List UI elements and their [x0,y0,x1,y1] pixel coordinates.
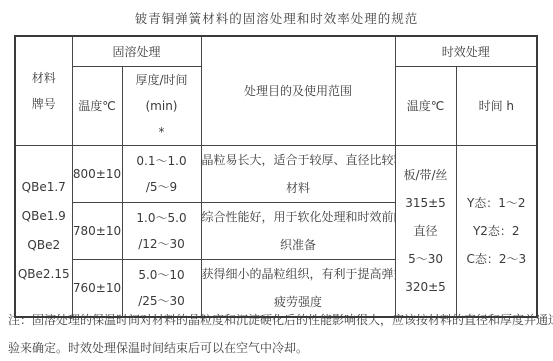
header-group-row: 材料 牌号 固溶处理 处理目的及使用范围 时效处理 [15,36,537,66]
page-title: 铍青铜弹簧材料的固溶处理和时效率处理的规范 [0,9,553,27]
thickness-time-cell: 1.0～5.0 /12～30 [122,202,201,259]
header-aging-group: 时效处理 [395,36,537,66]
aging-temp-cell: 板/带/丝 315±5 直径 5～30 320±5 [395,145,456,317]
material-grade: QBe1.9 [16,202,72,231]
aging-time-line: C态：2～3 [457,245,537,273]
header-thickness-line1: 厚度/时间(min) [123,67,201,119]
footnote: 注：固溶处理的保温时间对材料的晶粒度和沉淀硬化后的性能影响很大，应该按材料的直径… [8,306,548,361]
header-solution-group: 固溶处理 [72,36,201,66]
header-material-line1: 材料 [16,65,72,91]
aging-temp-line: 直径 [396,217,456,245]
header-thickness-line2: * [123,119,201,145]
material-grade: QBe1.7 [16,173,72,202]
header-material-cell: 材料 牌号 [15,36,72,145]
thickness-time-cell: 0.1～1.0 /5～9 [122,145,201,202]
aging-temp-line: 5～30 [396,245,456,273]
thickness-time-line1: 5.0～10 [123,262,201,288]
material-grade: QBe2.15 [16,260,72,289]
aging-time-cell: Y态：1～2 Y2态：2 C态：2～3 [456,145,537,317]
header-material-line2: 牌号 [16,91,72,117]
aging-temp-line: 板/带/丝 [396,161,456,189]
header-purpose: 处理目的及使用范围 [201,36,395,145]
material-grades-cell: QBe1.7 QBe1.9 QBe2 QBe2.15 [15,145,72,317]
aging-temp-line: 320±5 [396,273,456,301]
solution-temp-cell: 780±10 [72,202,122,259]
solution-temp-cell: 800±10 [72,145,122,202]
table-row: QBe1.7 QBe1.9 QBe2 QBe2.15 800±10 0.1～1.… [15,145,537,202]
thickness-time-line1: 0.1～1.0 [123,148,201,174]
purpose-line2: 织准备 [202,231,395,259]
header-aging-time: 时间 h [456,66,537,145]
purpose-line1: 晶粒易长大，适合于较厚、直径比较粗的 [202,146,395,174]
purpose-line2: 材料 [202,174,395,202]
thickness-time-line1: 1.0～5.0 [123,205,201,231]
header-aging-temp: 温度℃ [395,66,456,145]
page: 铍青铜弹簧材料的固溶处理和时效率处理的规范 材料 牌号 固溶处理 处理目的及使用… [0,0,553,361]
aging-time-line: Y态：1～2 [457,189,537,217]
header-thickness-time: 厚度/时间(min) * [122,66,201,145]
spec-table: 材料 牌号 固溶处理 处理目的及使用范围 时效处理 温度℃ 厚度/时间(min)… [14,35,538,318]
purpose-cell: 综合性能好，用于软化处理和时效前的组 织准备 [201,202,395,259]
footnote-line1: 注：固溶处理的保温时间对材料的晶粒度和沉淀硬化后的性能影响很大，应该按材料的直径… [8,306,548,334]
purpose-line1: 获得细小的晶粒组织，有利于提高弹簧的 [202,260,395,288]
aging-time-line: Y2态：2 [457,217,537,245]
footnote-line2: 验来确定。时效处理保温时间结束后可以在空气中冷却。 [8,334,548,361]
aging-temp-line: 315±5 [396,189,456,217]
material-grade: QBe2 [16,231,72,260]
thickness-time-line2: /5～9 [123,174,201,200]
purpose-cell: 晶粒易长大，适合于较厚、直径比较粗的 材料 [201,145,395,202]
thickness-time-line2: /12～30 [123,231,201,257]
header-solution-temp: 温度℃ [72,66,122,145]
purpose-line1: 综合性能好，用于软化处理和时效前的组 [202,203,395,231]
